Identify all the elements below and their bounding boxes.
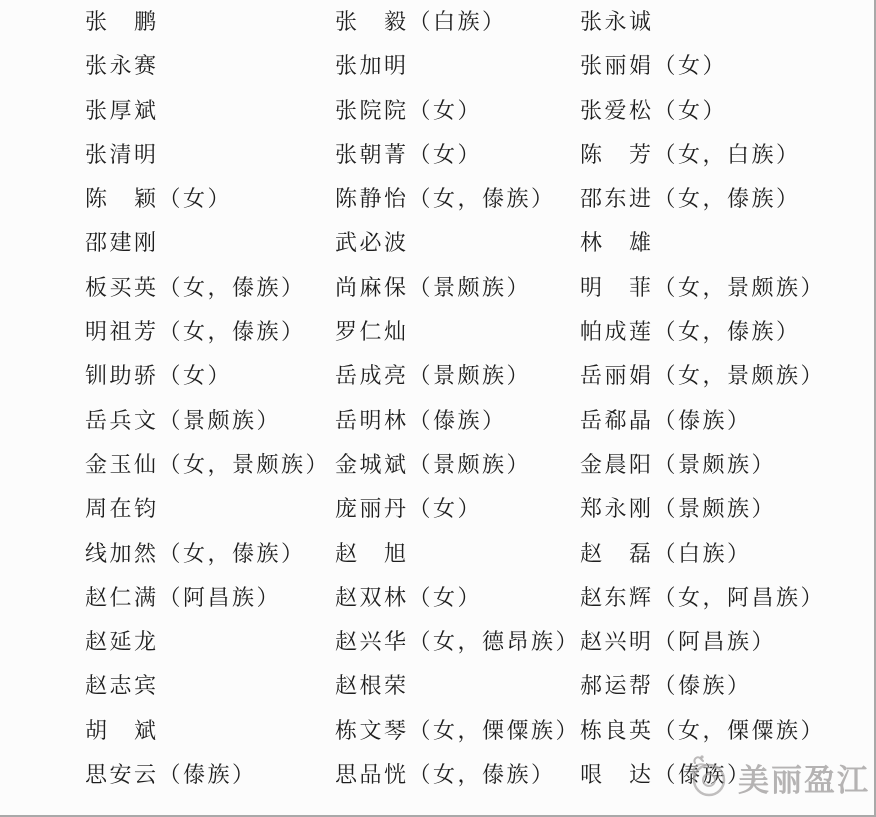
name-entry: 赵 磊（白族）	[580, 532, 874, 576]
name-entry: 张爱松（女）	[580, 89, 874, 133]
name-entry: 庞丽丹（女）	[335, 487, 580, 531]
name-entry: 赵东辉（女，阿昌族）	[580, 576, 874, 620]
name-entry: 张 鹏	[85, 0, 335, 44]
name-entry: 张 毅（白族）	[335, 0, 580, 44]
name-entry: 金玉仙（女，景颇族）	[85, 443, 335, 487]
name-entry: 尚麻保（景颇族）	[335, 266, 580, 310]
name-entry: 岳成亮（景颇族）	[335, 354, 580, 398]
name-entry: 陈 芳（女，白族）	[580, 133, 874, 177]
name-entry: 赵仁满（阿昌族）	[85, 576, 335, 620]
name-entry: 金城斌（景颇族）	[335, 443, 580, 487]
name-entry: 板买英（女，傣族）	[85, 266, 335, 310]
name-entry: 思安云（傣族）	[85, 753, 335, 797]
document-page: 张 鹏张 毅（白族）张永诚张永赛张加明张丽娟（女）张厚斌张院院（女）张爱松（女）…	[0, 0, 876, 817]
name-entry: 明祖芳（女，傣族）	[85, 310, 335, 354]
name-entry: 钏助骄（女）	[85, 354, 335, 398]
name-entry: 赵兴华（女，德昂族）	[335, 620, 580, 664]
name-entry: 金晨阳（景颇族）	[580, 443, 874, 487]
name-entry: 张永赛	[85, 44, 335, 88]
name-entry: 岳丽娟（女，景颇族）	[580, 354, 874, 398]
name-entry: 武必波	[335, 221, 580, 265]
name-entry: 邵建刚	[85, 221, 335, 265]
name-entry: 郝运帮（傣族）	[580, 664, 874, 708]
name-entry: 岳兵文（景颇族）	[85, 399, 335, 443]
name-entry: 周在钧	[85, 487, 335, 531]
name-entry: 张朝菁（女）	[335, 133, 580, 177]
name-entry: 赵延龙	[85, 620, 335, 664]
name-entry: 张丽娟（女）	[580, 44, 874, 88]
name-entry: 张院院（女）	[335, 89, 580, 133]
name-entry: 赵 旭	[335, 532, 580, 576]
name-entry: 陈 颖（女）	[85, 177, 335, 221]
name-entry: 赵双林（女）	[335, 576, 580, 620]
name-entry: 张厚斌	[85, 89, 335, 133]
name-entry: 赵兴明（阿昌族）	[580, 620, 874, 664]
name-entry: 张加明	[335, 44, 580, 88]
name-entry: 赵志宾	[85, 664, 335, 708]
name-entry: 栋良英（女，傈僳族）	[580, 709, 874, 753]
name-entry: 罗仁灿	[335, 310, 580, 354]
name-entry: 张永诚	[580, 0, 874, 44]
name-entry: 线加然（女，傣族）	[85, 532, 335, 576]
name-entry: 哏 达（傣族）	[580, 753, 874, 797]
name-list: 张 鹏张 毅（白族）张永诚张永赛张加明张丽娟（女）张厚斌张院院（女）张爱松（女）…	[0, 0, 874, 797]
name-entry: 思品恍（女，傣族）	[335, 753, 580, 797]
name-entry: 赵根荣	[335, 664, 580, 708]
name-entry: 陈静怡（女，傣族）	[335, 177, 580, 221]
name-entry: 张清明	[85, 133, 335, 177]
name-entry: 岳郗晶（傣族）	[580, 399, 874, 443]
name-entry: 胡 斌	[85, 709, 335, 753]
name-entry: 郑永刚（景颇族）	[580, 487, 874, 531]
name-entry: 林 雄	[580, 221, 874, 265]
name-entry: 栋文琴（女，傈僳族）	[335, 709, 580, 753]
name-entry: 帕成莲（女，傣族）	[580, 310, 874, 354]
name-entry: 邵东进（女，傣族）	[580, 177, 874, 221]
name-entry: 岳明林（傣族）	[335, 399, 580, 443]
name-entry: 明 菲（女，景颇族）	[580, 266, 874, 310]
